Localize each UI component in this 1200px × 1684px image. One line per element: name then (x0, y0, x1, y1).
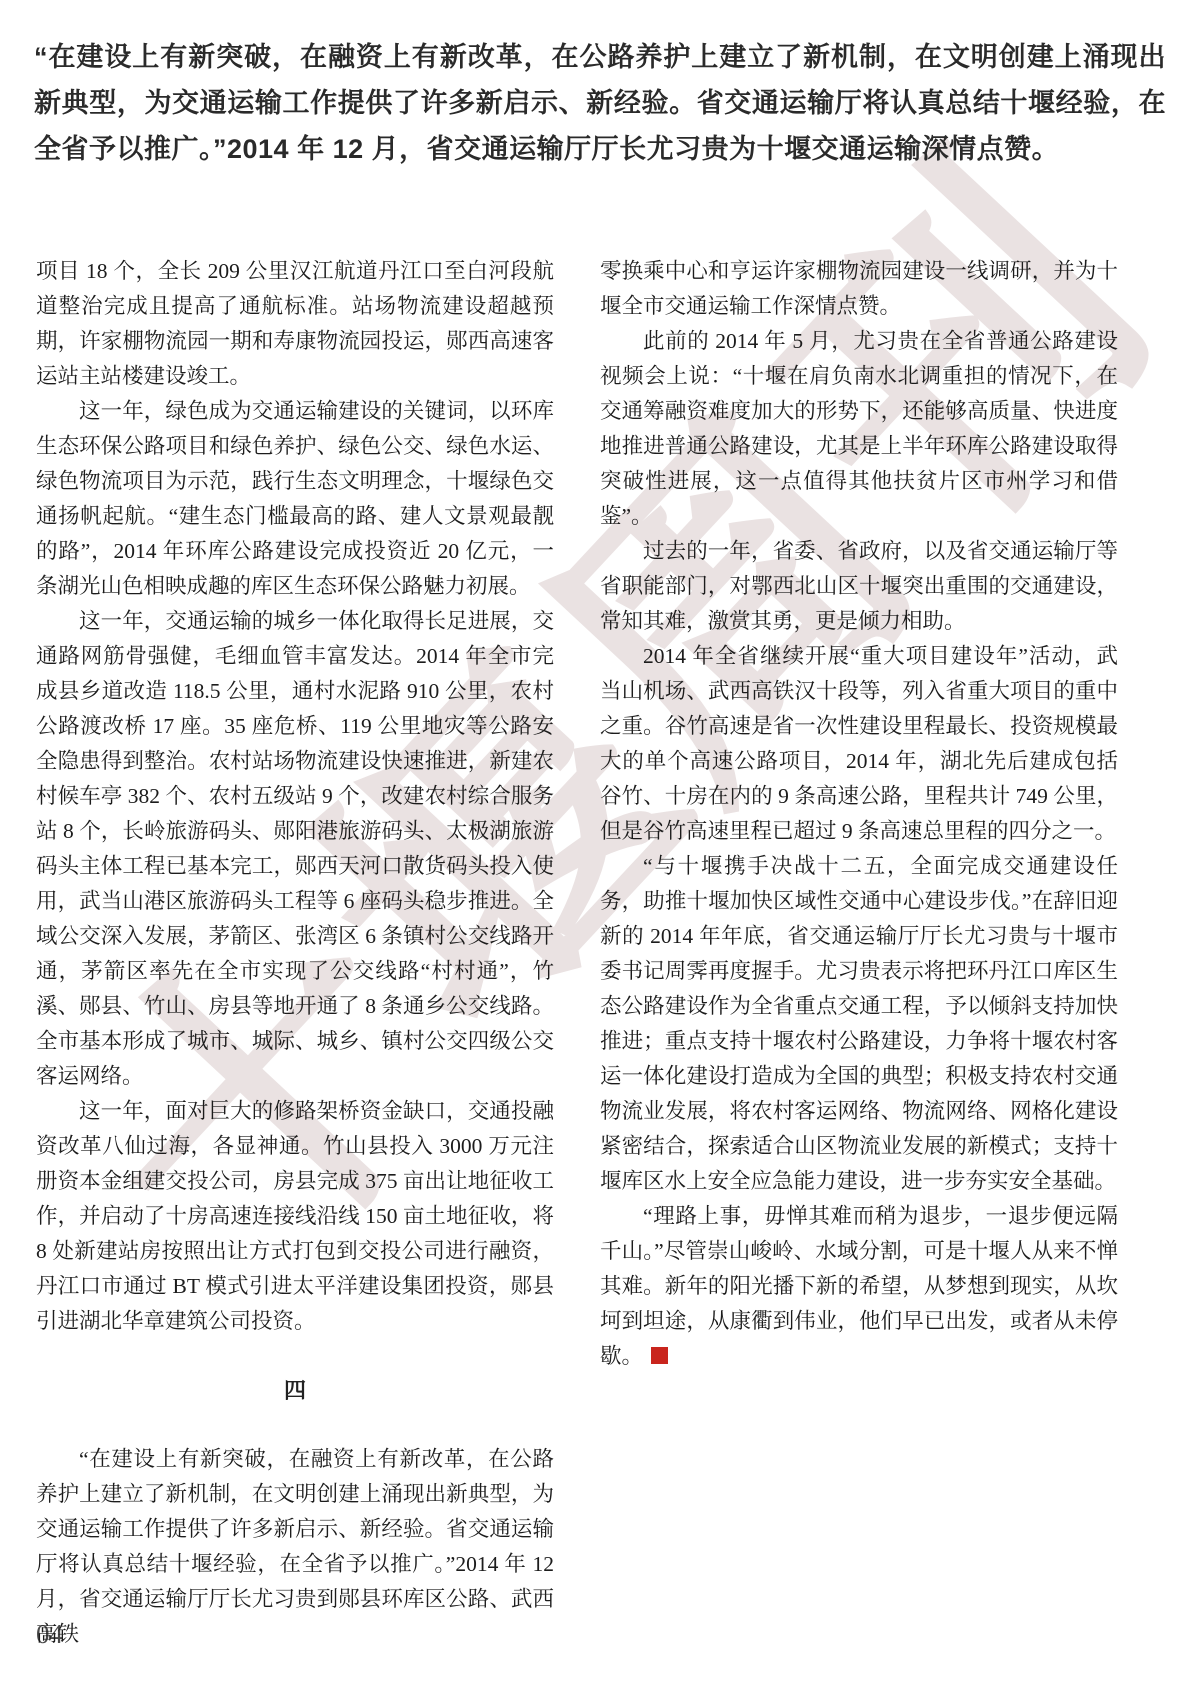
article-end-marker (651, 1347, 668, 1364)
paragraph-text: “理路上事，毋惮其难而稍为退步，一退步便远隔千山。”尽管崇山峻岭、水域分割，可是… (600, 1204, 1118, 1368)
two-column-body: 项目 18 个，全长 209 公里汉江航道丹江口至白河段航道整治完成且提高了通航… (36, 254, 1116, 1652)
paragraph: 这一年，交通运输的城乡一体化取得长足进展，交通路网筋骨强健，毛细血管丰富发达。2… (36, 604, 554, 1094)
section-heading-four: 四 (36, 1373, 554, 1408)
page-content: “在建设上有新突破，在融资上有新改革，在公路养护上建立了新机制，在文明创建上涌现… (0, 34, 1200, 1652)
closing-paragraph: “理路上事，毋惮其难而稍为退步，一退步便远隔千山。”尽管崇山峻岭、水域分割，可是… (600, 1199, 1118, 1374)
paragraph: 此前的 2014 年 5 月，尤习贵在全省普通公路建设视频会上说：“十堰在肩负南… (600, 324, 1118, 534)
paragraph: “在建设上有新突破，在融资上有新改革，在公路养护上建立了新机制，在文明创建上涌现… (36, 1442, 554, 1652)
paragraph: 这一年，绿色成为交通运输建设的关键词，以环库生态环保公路项目和绿色养护、绿色公交… (36, 394, 554, 604)
lead-pull-quote: “在建设上有新突破，在融资上有新改革，在公路养护上建立了新机制，在文明创建上涌现… (34, 34, 1166, 172)
paragraph: 项目 18 个，全长 209 公里汉江航道丹江口至白河段航道整治完成且提高了通航… (36, 254, 554, 394)
right-column: 零换乘中心和亨运许家棚物流园建设一线调研，并为十堰全市交通运输工作深情点赞。 此… (600, 254, 1118, 1374)
left-column: 项目 18 个，全长 209 公里汉江航道丹江口至白河段航道整治完成且提高了通航… (36, 254, 554, 1652)
paragraph: “与十堰携手决战十二五，全面完成交通建设任务，助推十堰加快区域性交通中心建设步伐… (600, 849, 1118, 1199)
paragraph: 过去的一年，省委、省政府，以及省交通运输厅等省职能部门，对鄂西北山区十堰突出重围… (600, 534, 1118, 639)
paragraph: 零换乘中心和亨运许家棚物流园建设一线调研，并为十堰全市交通运输工作深情点赞。 (600, 254, 1118, 324)
magazine-page: 十堰周刊 “在建设上有新突破，在融资上有新改革，在公路养护上建立了新机制，在文明… (0, 0, 1200, 1684)
paragraph: 2014 年全省继续开展“重大项目建设年”活动，武当山机场、武西高铁汉十段等，列… (600, 639, 1118, 849)
paragraph: 这一年，面对巨大的修路架桥资金缺口，交通投融资改革八仙过海，各显神通。竹山县投入… (36, 1094, 554, 1339)
